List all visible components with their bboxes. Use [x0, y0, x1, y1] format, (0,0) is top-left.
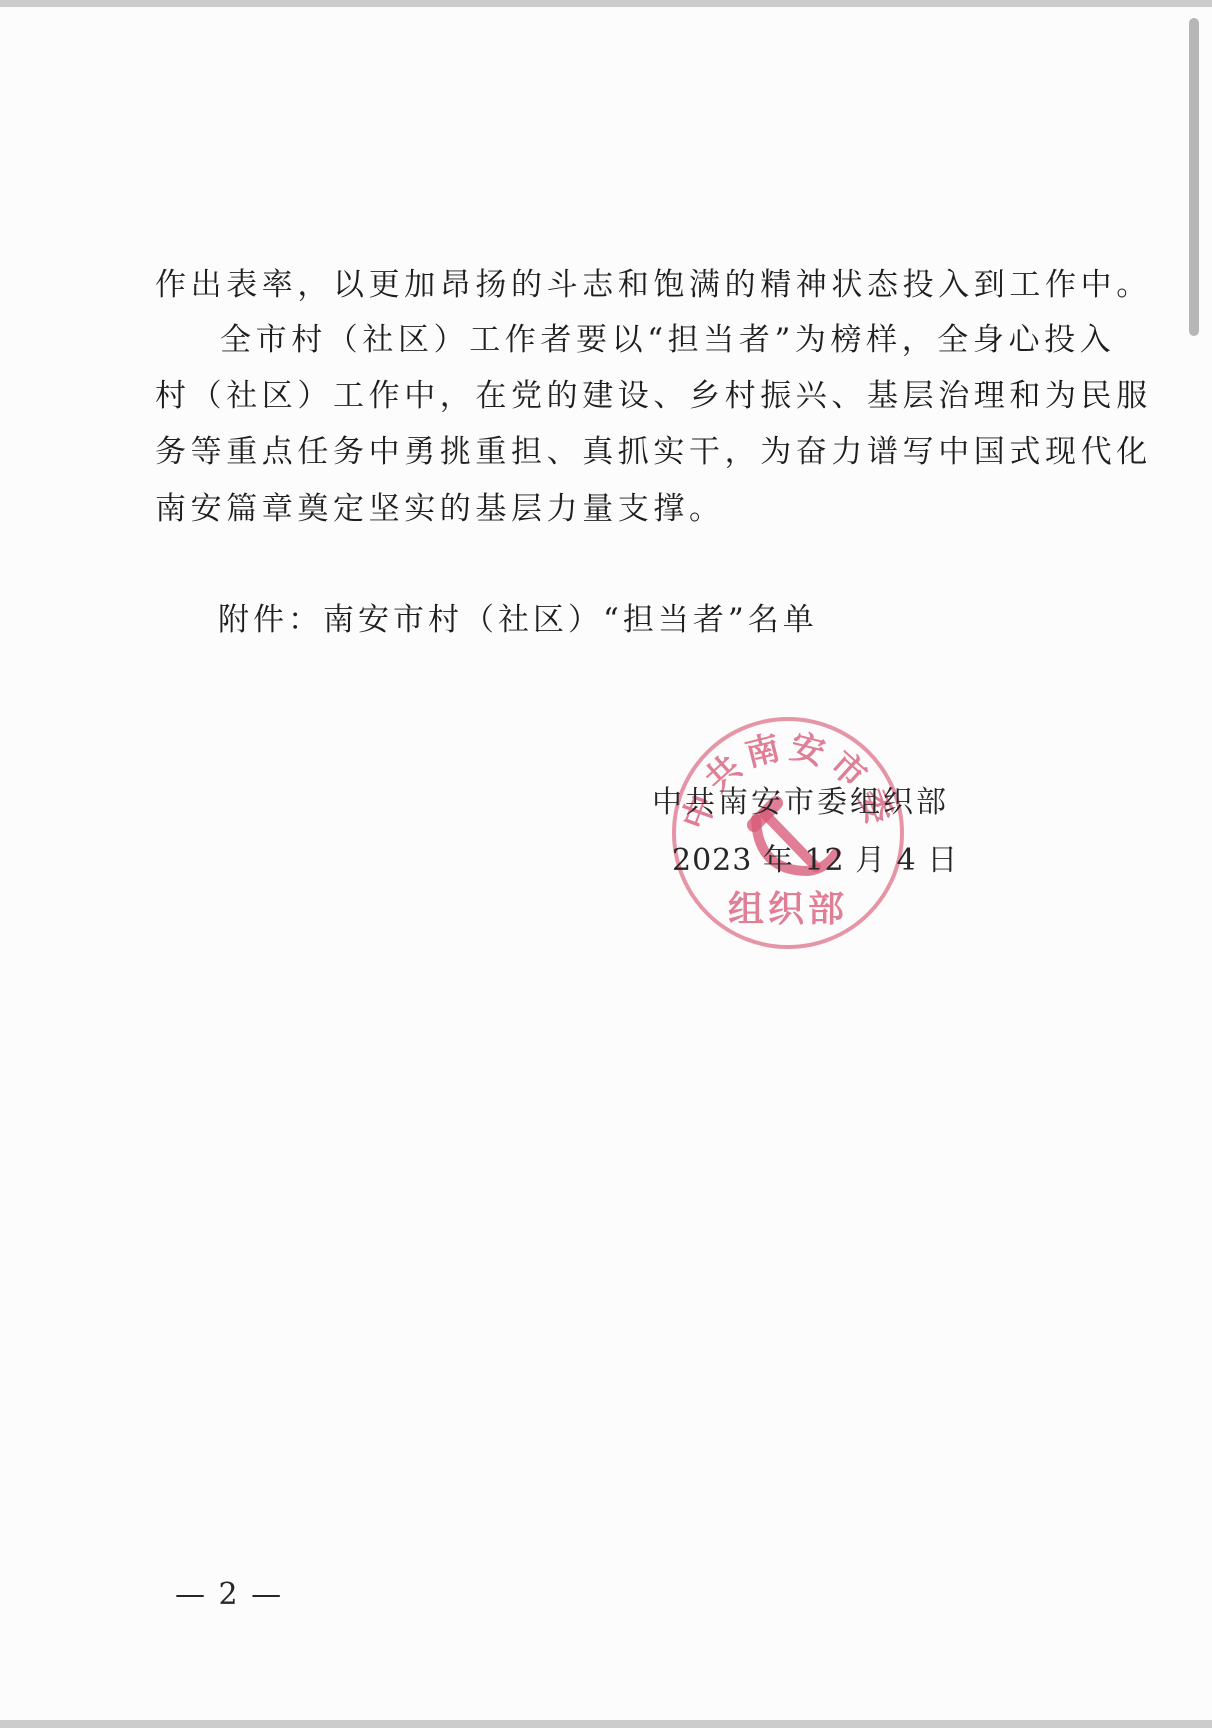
scrollbar-thumb[interactable] — [1189, 18, 1199, 336]
paragraph-line: 南安篇章奠定坚实的基层力量支撑。 — [155, 489, 725, 529]
issue-date: 2023 年 12 月 4 日 — [672, 841, 958, 881]
paragraph-line: 务等重点任务中勇挑重担、真抓实干，为奋力谱写中国式现代化 — [155, 432, 1152, 472]
top-frame-border — [0, 0, 1212, 7]
attachment-line: 附件：南安市村（社区）“担当者”名单 — [218, 600, 818, 640]
paragraph-line: 全市村（社区）工作者要以“担当者”为榜样，全身心投入 — [220, 320, 1115, 360]
vertical-scrollbar[interactable] — [1184, 18, 1202, 340]
official-seal: 中共南安市委 组织部 — [672, 717, 904, 949]
page-number: — 2 — — [175, 1575, 283, 1615]
bottom-frame-border — [0, 1720, 1212, 1728]
seal-graphic: 中共南安市委 组织部 — [676, 721, 900, 945]
seal-bottom-text: 组织部 — [728, 889, 848, 930]
document-page: 作出表率，以更加昂扬的斗志和饱满的精神状态投入到工作中。 全市村（社区）工作者要… — [0, 7, 1212, 1720]
paragraph-line: 村（社区）工作中，在党的建设、乡村振兴、基层治理和为民服 — [155, 376, 1152, 416]
paragraph-line: 作出表率，以更加昂扬的斗志和饱满的精神状态投入到工作中。 — [155, 265, 1152, 305]
issuer-signature: 中共南安市委组织部 — [652, 783, 949, 823]
